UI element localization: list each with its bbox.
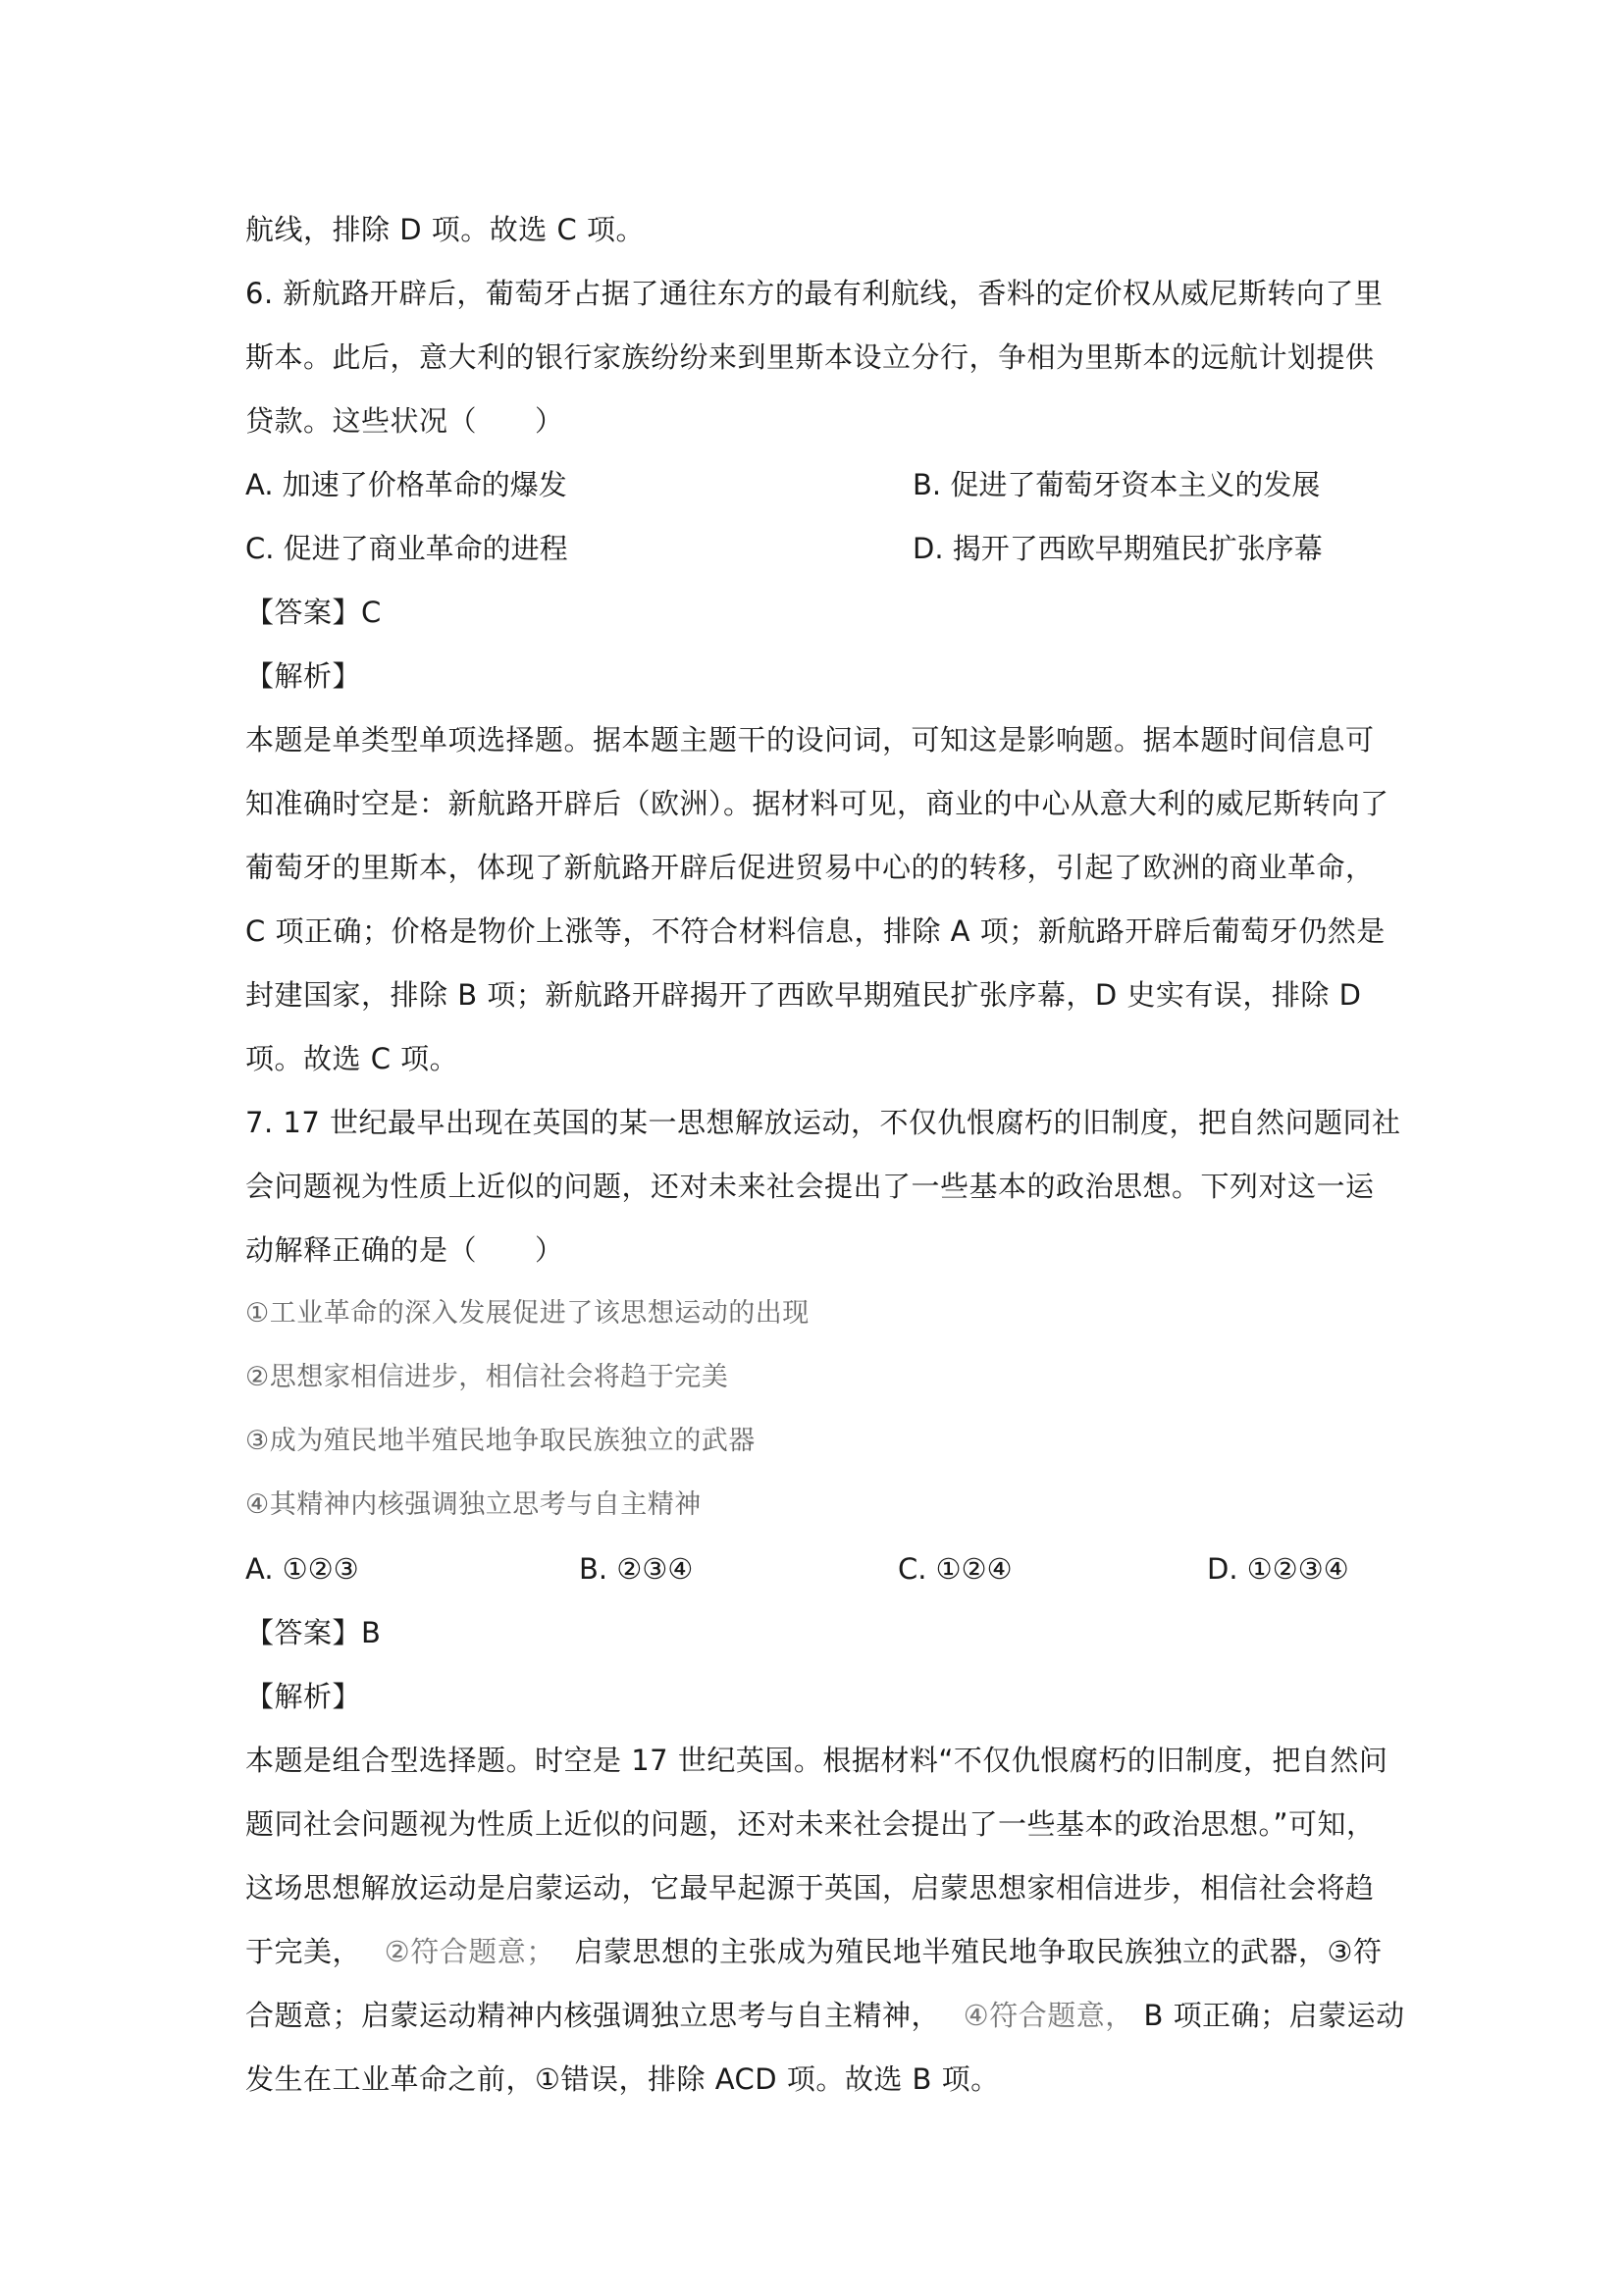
question-stem-line: 贷款。这些状况（ ） [245,399,1384,463]
option-b: B. 促进了葡萄牙资本主义的发展 [913,463,1320,506]
answer-label: 【答案】C [245,591,1384,654]
statement-3: ③成为殖民地半殖民地争取民族独立的武器 [245,1420,1384,1484]
option-c: C. ①②④ [898,1547,1013,1591]
analysis-label: 【解析】 [245,654,1384,718]
question-stem-line: 会问题视为性质上近似的问题，还对未来社会提出了一些基本的政治思想。下列对这一运 [245,1165,1384,1228]
analysis-label: 【解析】 [245,1675,1384,1739]
analysis-line: 封建国家，排除 B 项；新航路开辟揭开了西欧早期殖民扩张序幕，D 史实有误，排除… [245,973,1384,1037]
analysis-line: 合题意；启蒙运动精神内核强调独立思考与自主精神， ④符合题意， B 项正确；启蒙… [245,1994,1384,2058]
option-b: B. ②③④ [579,1547,693,1591]
option-c: C. 促进了商业革命的进程 [245,527,568,570]
options-row: A. ①②③ B. ②③④ C. ①②④ D. ①②③④ [245,1547,1384,1611]
analysis-line: 项。故选 C 项。 [245,1037,1384,1101]
statement-2: ②思想家相信进步，相信社会将趋于完美 [245,1356,1384,1420]
question-stem-line: 动解释正确的是（ ） [245,1228,1384,1292]
analysis-line: 葡萄牙的里斯本，体现了新航路开辟后促进贸易中心的的转移，引起了欧洲的商业革命， [245,846,1384,910]
statement-1: ①工业革命的深入发展促进了该思想运动的出现 [245,1292,1384,1356]
analysis-text: B 项正确；启蒙运动 [1143,1999,1404,2032]
answer-label: 【答案】B [245,1611,1384,1675]
analysis-line: 这场思想解放运动是启蒙运动，它最早起源于英国，启蒙思想家相信进步，相信社会将趋 [245,1866,1384,1930]
analysis-line: 知准确时空是：新航路开辟后（欧洲）。据材料可见，商业的中心从意大利的威尼斯转向了 [245,782,1384,846]
question-7: 7. 17 世纪最早出现在英国的某一思想解放运动，不仅仇恨腐朽的旧制度，把自然问… [245,1101,1384,2121]
analysis-text: 启蒙思想的主张成为殖民地半殖民地争取民族独立的武器，③符 [574,1935,1382,1968]
option-a: A. 加速了价格革命的爆发 [245,463,567,506]
options-row: C. 促进了商业革命的进程 D. 揭开了西欧早期殖民扩张序幕 [245,527,1384,591]
question-stem-line: 7. 17 世纪最早出现在英国的某一思想解放运动，不仅仇恨腐朽的旧制度，把自然问… [245,1101,1384,1165]
document-page: 航线，排除 D 项。故选 C 项。 6. 新航路开辟后，葡萄牙占据了通往东方的最… [245,208,1384,2121]
question-6: 6. 新航路开辟后，葡萄牙占据了通往东方的最有利航线，香料的定价权从威尼斯转向了… [245,272,1384,1101]
analysis-line: 本题是单类型单项选择题。据本题主题干的设问词，可知这是影响题。据本题时间信息可 [245,718,1384,782]
question-stem-line: 6. 新航路开辟后，葡萄牙占据了通往东方的最有利航线，香料的定价权从威尼斯转向了… [245,272,1384,336]
analysis-line: 本题是组合型选择题。时空是 17 世纪英国。根据材料“不仅仇恨腐朽的旧制度，把自… [245,1739,1384,1802]
previous-answer-tail: 航线，排除 D 项。故选 C 项。 [245,208,1384,272]
option-d: D. 揭开了西欧早期殖民扩张序幕 [913,527,1323,570]
analysis-text-gray: ④符合题意， [964,1999,1134,2032]
option-d: D. ①②③④ [1207,1547,1349,1591]
analysis-line: 于完美， ②符合题意； 启蒙思想的主张成为殖民地半殖民地争取民族独立的武器，③符 [245,1930,1384,1994]
analysis-text: 于完美， [245,1935,361,1968]
options-row: A. 加速了价格革命的爆发 B. 促进了葡萄牙资本主义的发展 [245,463,1384,527]
question-stem-line: 斯本。此后，意大利的银行家族纷纷来到里斯本设立分行，争相为里斯本的远航计划提供 [245,336,1384,399]
analysis-text: 合题意；启蒙运动精神内核强调独立思考与自主精神， [245,1999,940,2032]
analysis-text-gray: ②符合题意； [385,1935,555,1968]
option-a: A. ①②③ [245,1547,359,1591]
analysis-line: C 项正确；价格是物价上涨等，不符合材料信息，排除 A 项；新航路开辟后葡萄牙仍… [245,910,1384,973]
analysis-line: 题同社会问题视为性质上近似的问题，还对未来社会提出了一些基本的政治思想。”可知， [245,1802,1384,1866]
analysis-line: 发生在工业革命之前，①错误，排除 ACD 项。故选 B 项。 [245,2058,1384,2121]
statement-4: ④其精神内核强调独立思考与自主精神 [245,1484,1384,1547]
